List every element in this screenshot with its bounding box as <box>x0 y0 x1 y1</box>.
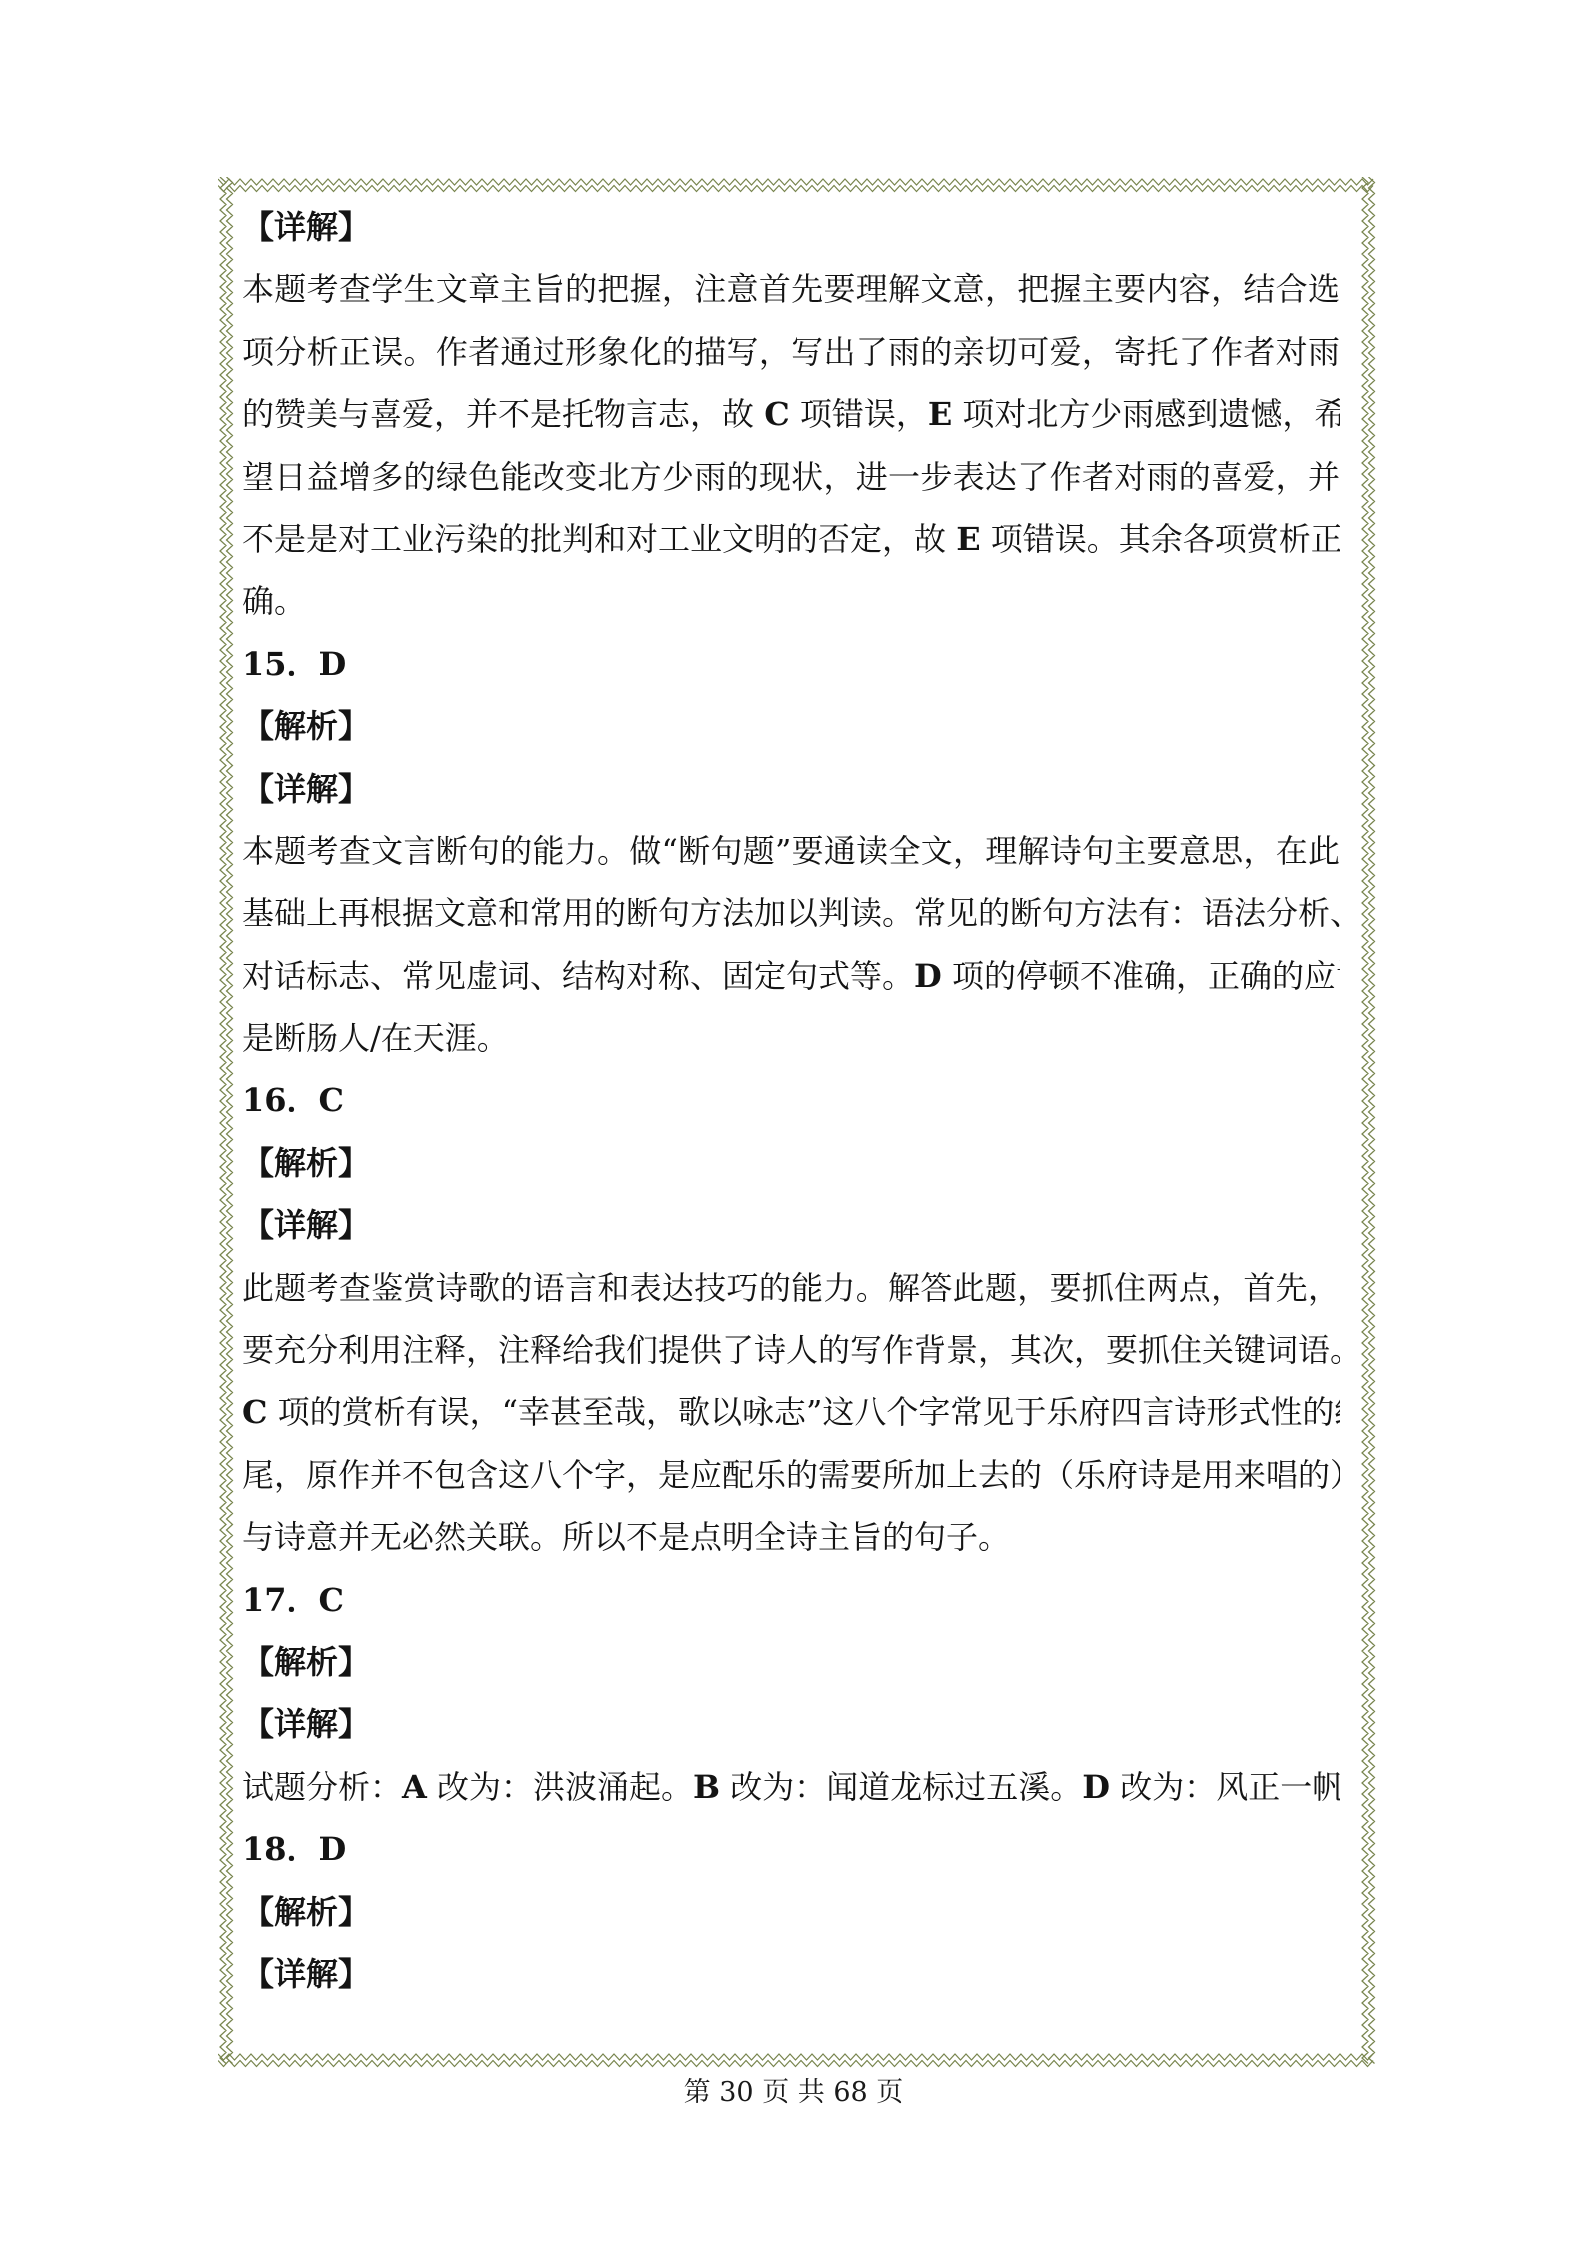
answer-line: 16．C <box>242 1069 1340 1131</box>
section-header: 【解析】 <box>242 695 1340 757</box>
document-content: 【详解】本题考查学生文章主旨的把握，注意首先要理解文意，把握主要内容，结合选项分… <box>242 196 1340 2005</box>
text-run: 项错误。其余各项赏析正 <box>981 520 1340 558</box>
text-run: 确。 <box>242 582 306 620</box>
paragraph-line: 的赞美与喜爱，并不是托物言志，故 C 项错误，E 项对北方少雨感到遗憾，希 <box>242 383 1340 445</box>
text-run: 基础上再根据文意和常用的断句方法加以判读。常见的断句方法有：语法分析、 <box>242 894 1340 932</box>
page-number-footer: 第 30 页 共 68 页 <box>0 2076 1587 2110</box>
bold-text-run: C <box>764 395 789 433</box>
text-run: 要充分利用注释，注释给我们提供了诗人的写作背景，其次，要抓住关键词语。 <box>242 1331 1340 1369</box>
text-run: 改为：闻道龙标过五溪。 <box>720 1768 1082 1806</box>
text-run: 此题考查鉴赏诗歌的语言和表达技巧的能力。解答此题，要抓住两点，首先， <box>242 1269 1340 1307</box>
zigzag-border-bottom-icon <box>218 2052 1376 2068</box>
answer-line: 15．D <box>242 633 1340 695</box>
text-run: 本题考查文言断句的能力。做“断句题”要通读全文，理解诗句主要意思，在此 <box>242 832 1340 870</box>
text-run: 项分析正误。作者通过形象化的描写，写出了雨的亲切可爱，寄托了作者对雨 <box>242 333 1340 371</box>
text-run: 与诗意并无必然关联。所以不是点明全诗主旨的句子。 <box>242 1518 1010 1556</box>
paragraph-line: 本题考查学生文章主旨的把握，注意首先要理解文意，把握主要内容，结合选 <box>242 258 1340 320</box>
text-run: 望日益增多的绿色能改变北方少雨的现状，进一步表达了作者对雨的喜爱，并 <box>242 458 1340 496</box>
text-run: 项的停顿不准确，正确的应该 <box>942 957 1340 995</box>
text-run: 对话标志、常见虚词、结构对称、固定句式等。 <box>242 957 914 995</box>
paragraph-line: 对话标志、常见虚词、结构对称、固定句式等。D 项的停顿不准确，正确的应该 <box>242 945 1340 1007</box>
section-header: 【详解】 <box>242 1693 1340 1755</box>
section-header: 【详解】 <box>242 1194 1340 1256</box>
paragraph-line: 与诗意并无必然关联。所以不是点明全诗主旨的句子。 <box>242 1506 1340 1568</box>
paragraph-line: 此题考查鉴赏诗歌的语言和表达技巧的能力。解答此题，要抓住两点，首先， <box>242 1257 1340 1319</box>
answer-line: 18．D <box>242 1818 1340 1880</box>
text-run: 改为：洪波涌起。 <box>427 1768 693 1806</box>
bold-text-run: D <box>1082 1768 1110 1806</box>
text-run: 项错误， <box>790 395 928 433</box>
bold-text-run: D <box>914 957 942 995</box>
zigzag-border-top-icon <box>218 177 1376 193</box>
text-run: 的赞美与喜爱，并不是托物言志，故 <box>242 395 764 433</box>
paragraph-line: 本题考查文言断句的能力。做“断句题”要通读全文，理解诗句主要意思，在此 <box>242 820 1340 882</box>
text-run: 不是是对工业污染的批判和对工业文明的否定，故 <box>242 520 956 558</box>
section-header: 【解析】 <box>242 1132 1340 1194</box>
paragraph-line: 确。 <box>242 570 1340 632</box>
paragraph-line: 不是是对工业污染的批判和对工业文明的否定，故 E 项错误。其余各项赏析正 <box>242 508 1340 570</box>
text-run: 项的赏析有误，“幸甚至哉，歌以咏志”这八个字常见于乐府四言诗形式性的结 <box>267 1393 1340 1431</box>
section-header: 【解析】 <box>242 1631 1340 1693</box>
text-run: 项对北方少雨感到遗憾，希 <box>952 395 1340 433</box>
text-run: 是断肠人/在天涯。 <box>242 1019 509 1057</box>
bold-text-run: A <box>402 1768 427 1806</box>
paragraph-line: 望日益增多的绿色能改变北方少雨的现状，进一步表达了作者对雨的喜爱，并 <box>242 446 1340 508</box>
bold-text-run: E <box>928 395 952 433</box>
bold-text-run: E <box>956 520 980 558</box>
section-header: 【详解】 <box>242 758 1340 820</box>
section-header: 【解析】 <box>242 1881 1340 1943</box>
paragraph-line: 尾，原作并不包含这八个字，是应配乐的需要所加上去的（乐府诗是用来唱的）， <box>242 1444 1340 1506</box>
paragraph-line: 试题分析：A 改为：洪波涌起。B 改为：闻道龙标过五溪。D 改为：风正一帆悬。 <box>242 1756 1340 1818</box>
section-header: 【详解】 <box>242 196 1340 258</box>
text-run: 本题考查学生文章主旨的把握，注意首先要理解文意，把握主要内容，结合选 <box>242 270 1340 308</box>
paragraph-line: 要充分利用注释，注释给我们提供了诗人的写作背景，其次，要抓住关键词语。 <box>242 1319 1340 1381</box>
bold-text-run: B <box>693 1768 720 1806</box>
text-run: 试题分析： <box>242 1768 402 1806</box>
section-header: 【详解】 <box>242 1943 1340 2005</box>
paragraph-line: 项分析正误。作者通过形象化的描写，写出了雨的亲切可爱，寄托了作者对雨 <box>242 321 1340 383</box>
paragraph-line: 基础上再根据文意和常用的断句方法加以判读。常见的断句方法有：语法分析、 <box>242 882 1340 944</box>
paragraph-line: C 项的赏析有误，“幸甚至哉，歌以咏志”这八个字常见于乐府四言诗形式性的结 <box>242 1381 1340 1443</box>
zigzag-border-right-icon <box>1360 177 1376 2068</box>
answer-line: 17．C <box>242 1569 1340 1631</box>
zigzag-border-left-icon <box>218 177 234 2068</box>
text-run: 尾，原作并不包含这八个字，是应配乐的需要所加上去的（乐府诗是用来唱的）， <box>242 1456 1340 1494</box>
bold-text-run: C <box>242 1393 267 1431</box>
paragraph-line: 是断肠人/在天涯。 <box>242 1007 1340 1069</box>
text-run: 改为：风正一帆悬。 <box>1110 1768 1340 1806</box>
